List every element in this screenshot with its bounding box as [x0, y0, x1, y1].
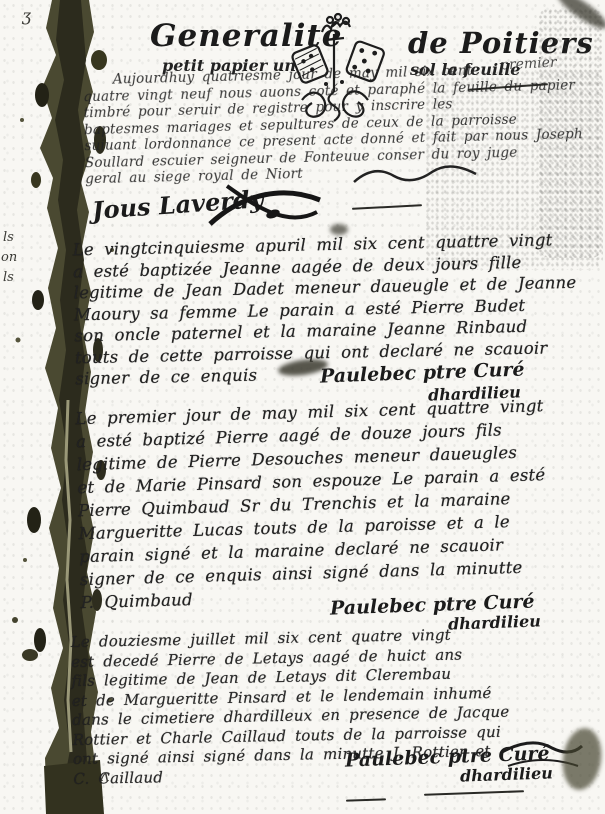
signature-flourish: [205, 182, 325, 237]
speckle-patch: [538, 8, 603, 258]
margin-mark: ls: [3, 270, 14, 285]
register-page: Generalité de Poitiers petit papier un s…: [0, 0, 605, 814]
header-region-left: Generalité: [150, 18, 342, 54]
margin-mark: ʒ: [22, 6, 31, 25]
margin-mark: ls: [3, 230, 14, 245]
underline-stroke: [352, 204, 422, 210]
ink-smudge: [330, 224, 348, 235]
underline-stroke: [346, 798, 386, 801]
entry-paragraph: Le premier jour de may mil six cent quat…: [75, 393, 596, 614]
margin-mark: ʌ: [100, 766, 109, 785]
underline-stroke: [424, 790, 524, 795]
margin-mark: on: [1, 250, 17, 265]
